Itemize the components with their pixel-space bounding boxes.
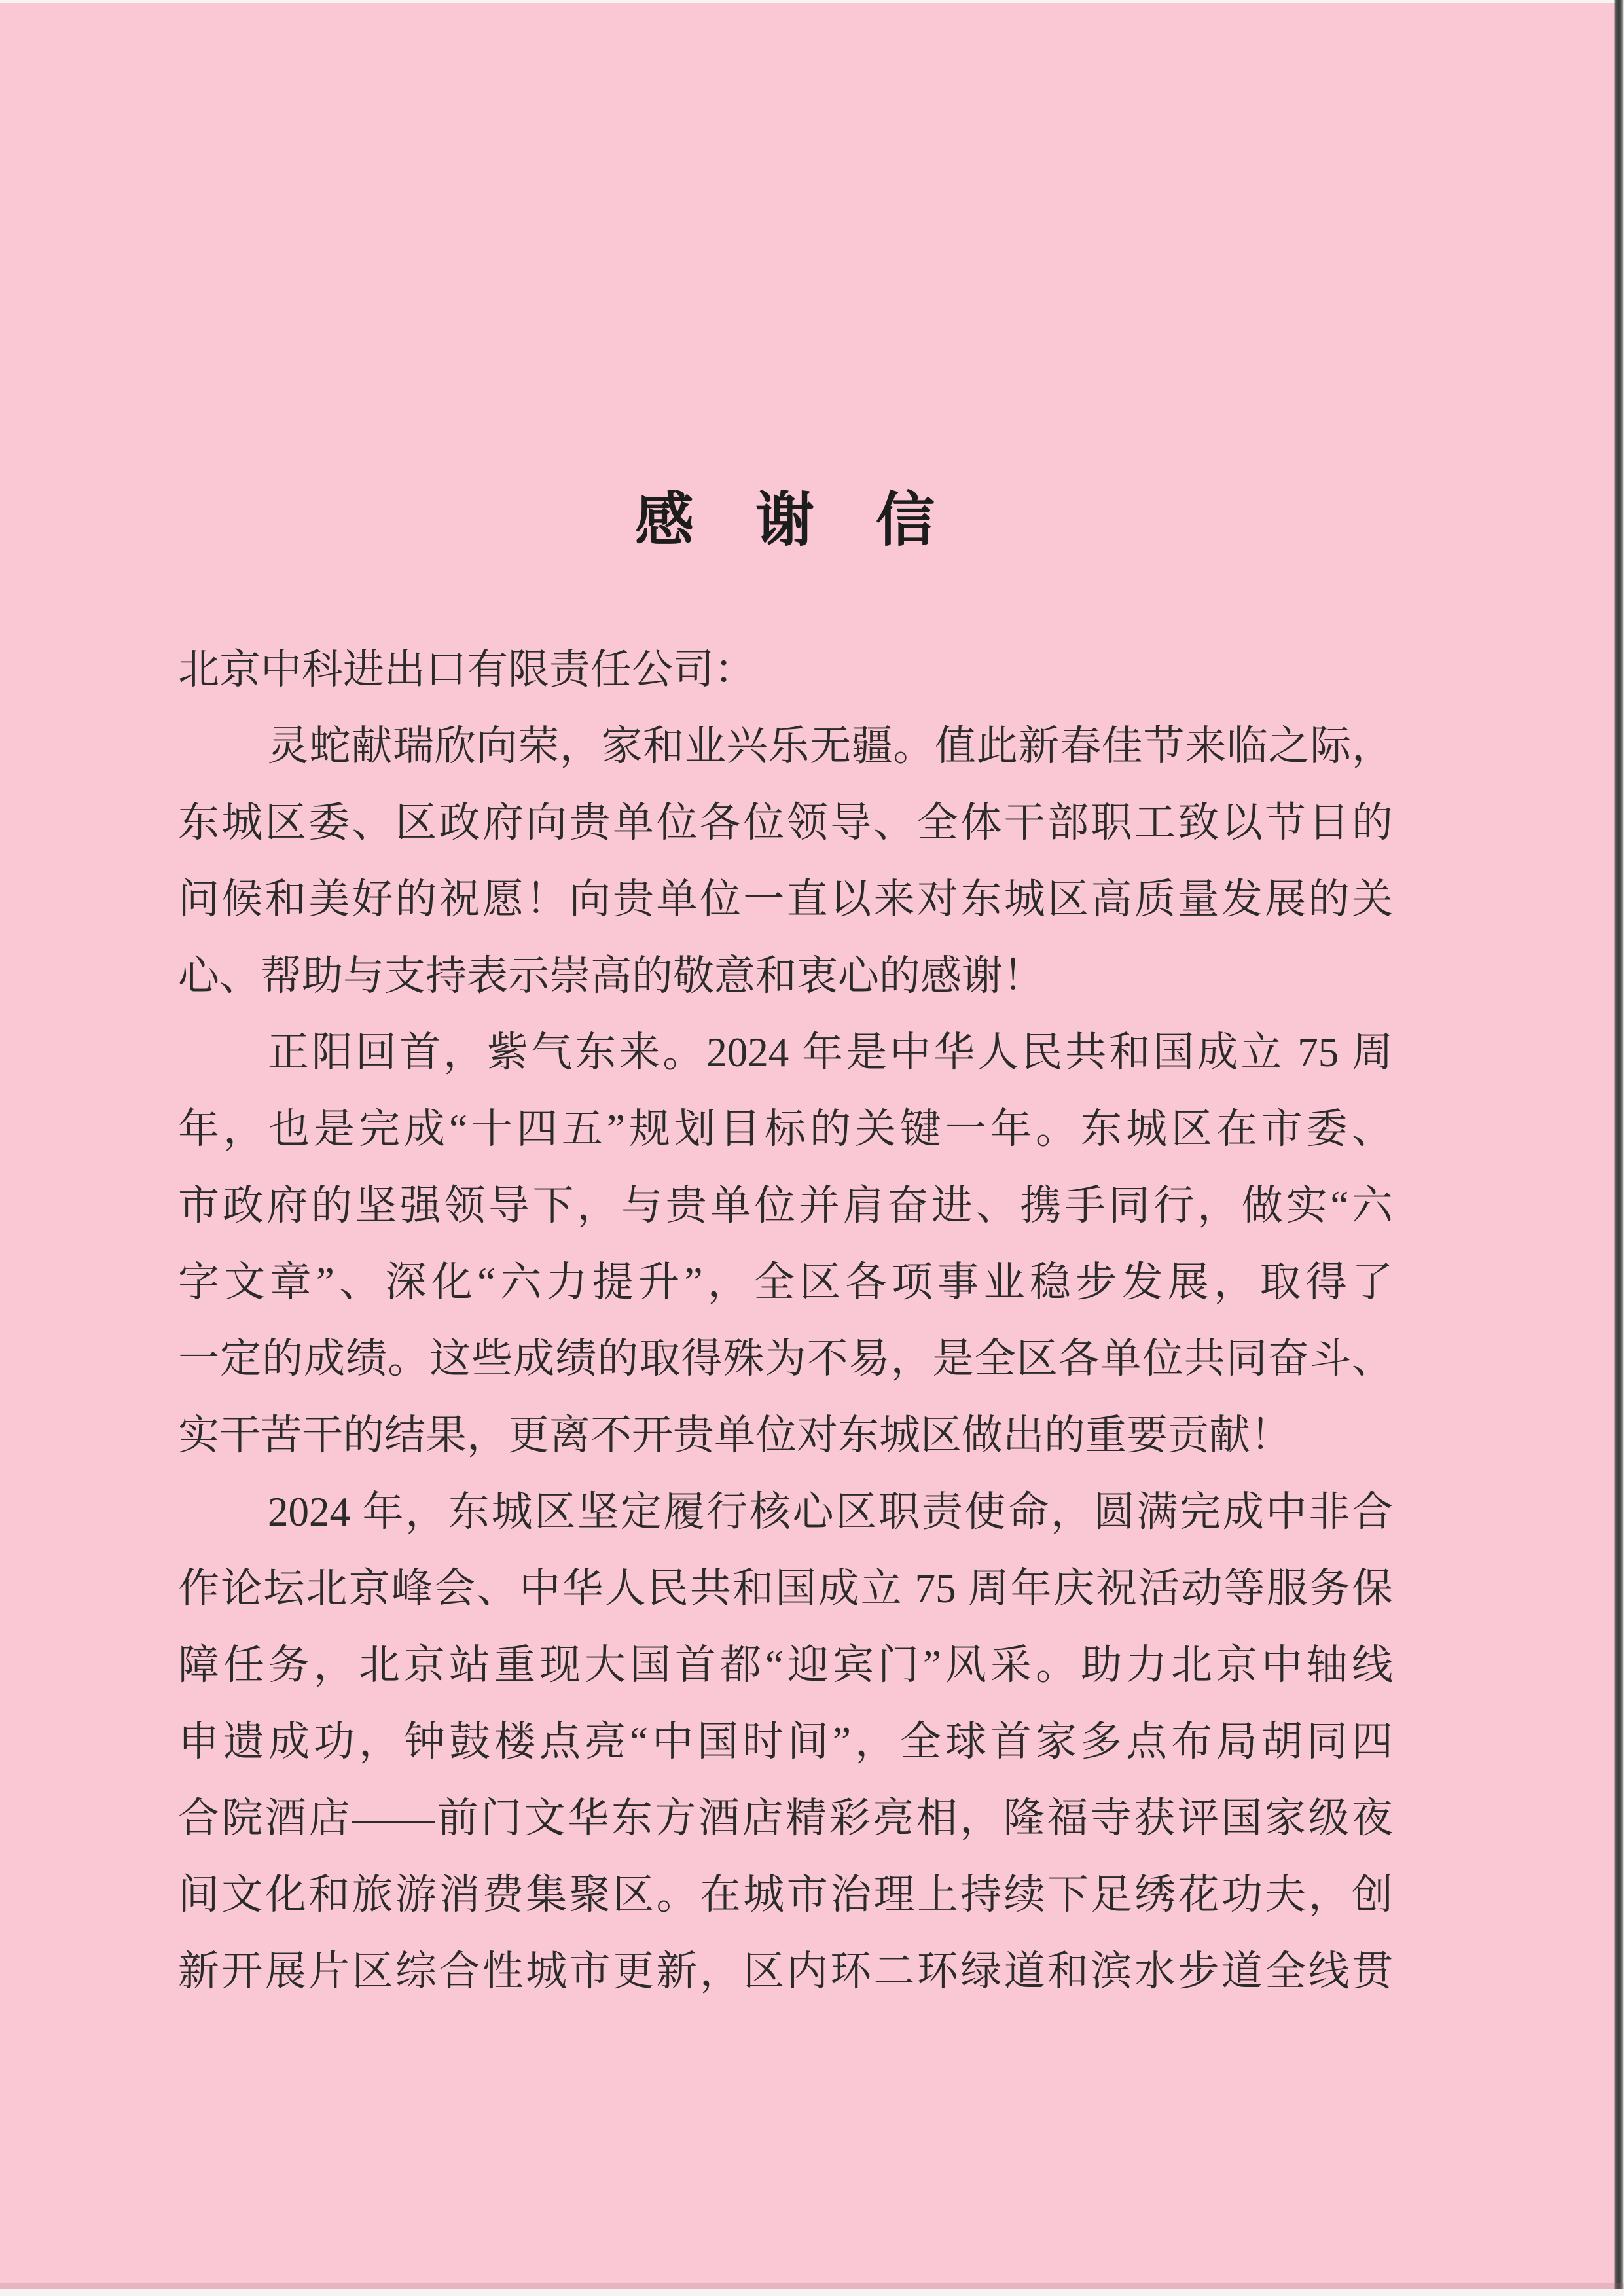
- text-line: 作论坛北京峰会、中华人民共和国成立 75 周年庆祝活动等服务保: [178, 1551, 1393, 1627]
- letter-body: 北京中科进出口有限责任公司：灵蛇献瑞欣向荣，家和业兴乐无疆。值此新春佳节来临之际…: [178, 632, 1393, 2010]
- text-line: 新开展片区综合性城市更新，区内环二环绿道和滨水步道全线贯: [178, 1933, 1393, 2010]
- text-line: 障任务，北京站重现大国首都“迎宾门”风采。助力北京中轴线: [178, 1627, 1393, 1704]
- text-line: 问候和美好的祝愿！向贵单位一直以来对东城区高质量发展的关: [178, 861, 1393, 938]
- scan-edge-bottom-shade: [0, 2283, 1624, 2289]
- letter-page: 感 谢 信 北京中科进出口有限责任公司：灵蛇献瑞欣向荣，家和业兴乐无疆。值此新春…: [0, 0, 1624, 2296]
- scan-edge-top: [0, 0, 1624, 3]
- text-line: 实干苦干的结果，更离不开贵单位对东城区做出的重要贡献！: [178, 1397, 1393, 1474]
- text-line: 正阳回首，紫气东来。2024 年是中华人民共和国成立 75 周: [178, 1014, 1393, 1091]
- text-line: 市政府的坚强领导下，与贵单位并肩奋进、携手同行，做实“六: [178, 1168, 1393, 1244]
- text-line: 字文章”、深化“六力提升”，全区各项事业稳步发展，取得了: [178, 1244, 1393, 1321]
- text-line: 灵蛇献瑞欣向荣，家和业兴乐无疆。值此新春佳节来临之际，: [178, 708, 1393, 785]
- text-line: 2024 年，东城区坚定履行核心区职责使命，圆满完成中非合: [178, 1474, 1393, 1551]
- text-line: 心、帮助与支持表示崇高的敬意和衷心的感谢！: [178, 938, 1393, 1014]
- text-line: 间文化和旅游消费集聚区。在城市治理上持续下足绣花功夫，创: [178, 1857, 1393, 1933]
- text-line: 合院酒店——前门文华东方酒店精彩亮相，隆福寺获评国家级夜: [178, 1780, 1393, 1857]
- scan-edge-right: [1614, 0, 1624, 2296]
- letter-title: 感 谢 信: [178, 488, 1393, 554]
- text-line: 北京中科进出口有限责任公司：: [178, 632, 1393, 708]
- text-line: 年，也是完成“十四五”规划目标的关键一年。东城区在市委、: [178, 1091, 1393, 1168]
- text-line: 一定的成绩。这些成绩的取得殊为不易，是全区各单位共同奋斗、: [178, 1321, 1393, 1397]
- text-line: 申遗成功，钟鼓楼点亮“中国时间”，全球首家多点布局胡同四: [178, 1704, 1393, 1780]
- text-line: 东城区委、区政府向贵单位各位领导、全体干部职工致以节日的: [178, 785, 1393, 861]
- scan-edge-bottom: [0, 2289, 1624, 2296]
